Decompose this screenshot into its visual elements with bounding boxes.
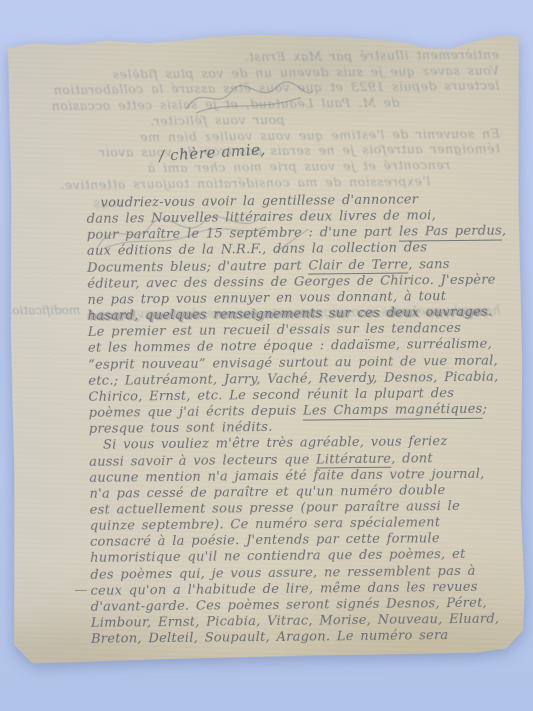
photograph-backdrop: entièrement illustré par Max Ernst.Vous … <box>0 0 533 711</box>
bleedthrough-block: entièrement illustré par Max Ernst.Vous … <box>36 47 500 193</box>
line-segment: pour paraître le 15 septembre : d'une pa… <box>87 225 399 243</box>
line-segment: Breton, Delteil, Soupault, Aragon. Le nu… <box>91 628 449 647</box>
line-segment: Documents bleus; d'autre part <box>87 258 308 275</box>
line-segment: poèmes que j'ai écrits depuis <box>89 404 304 421</box>
line-segment: , dont <box>391 451 433 466</box>
line-segment: , <box>502 224 507 239</box>
handwritten-text-block: voudriez-vous avoir la gentillesse d'ann… <box>86 191 510 648</box>
line-segment: aussi savoir à vos lecteurs que <box>89 452 316 469</box>
bleedthrough-line: de M. Paul Léautaud, et je saisis cette … <box>36 95 399 115</box>
underlined-title: Clair de Terre <box>308 257 408 275</box>
line-segment: voudriez-vous avoir la gentillesse d'ann… <box>100 192 418 210</box>
underlined-title: les Pas perdus <box>399 224 502 242</box>
line-segment: pour vous féliciter. <box>150 112 285 128</box>
bleedthrough-line: l'expression de ma considération toujour… <box>37 173 430 193</box>
underlined-title: Les Champs magnétiques <box>303 402 483 420</box>
line-segment: presque tous sont inédits. <box>89 420 273 437</box>
line-segment: l'expression de ma considération toujour… <box>60 173 431 192</box>
line-segment: ; <box>482 402 487 417</box>
line-segment: entièrement illustré par Max Ernst. <box>244 47 499 65</box>
letter-paper-wrap: entièrement illustré par Max Ernst.Vous … <box>8 32 526 663</box>
line-segment: de M. Paul Léautaud, et je saisis cette … <box>51 95 399 114</box>
margin-dash-mark: — <box>74 583 87 598</box>
underlined-title: Littérature <box>316 451 391 468</box>
letter-paper: entièrement illustré par Max Ernst.Vous … <box>8 32 526 663</box>
line-segment: aux éditions de la N.R.F., dans la colle… <box>87 241 427 260</box>
line-segment: , sans <box>408 257 450 272</box>
handwritten-line: Breton, Delteil, Soupault, Aragon. Le nu… <box>91 628 511 649</box>
